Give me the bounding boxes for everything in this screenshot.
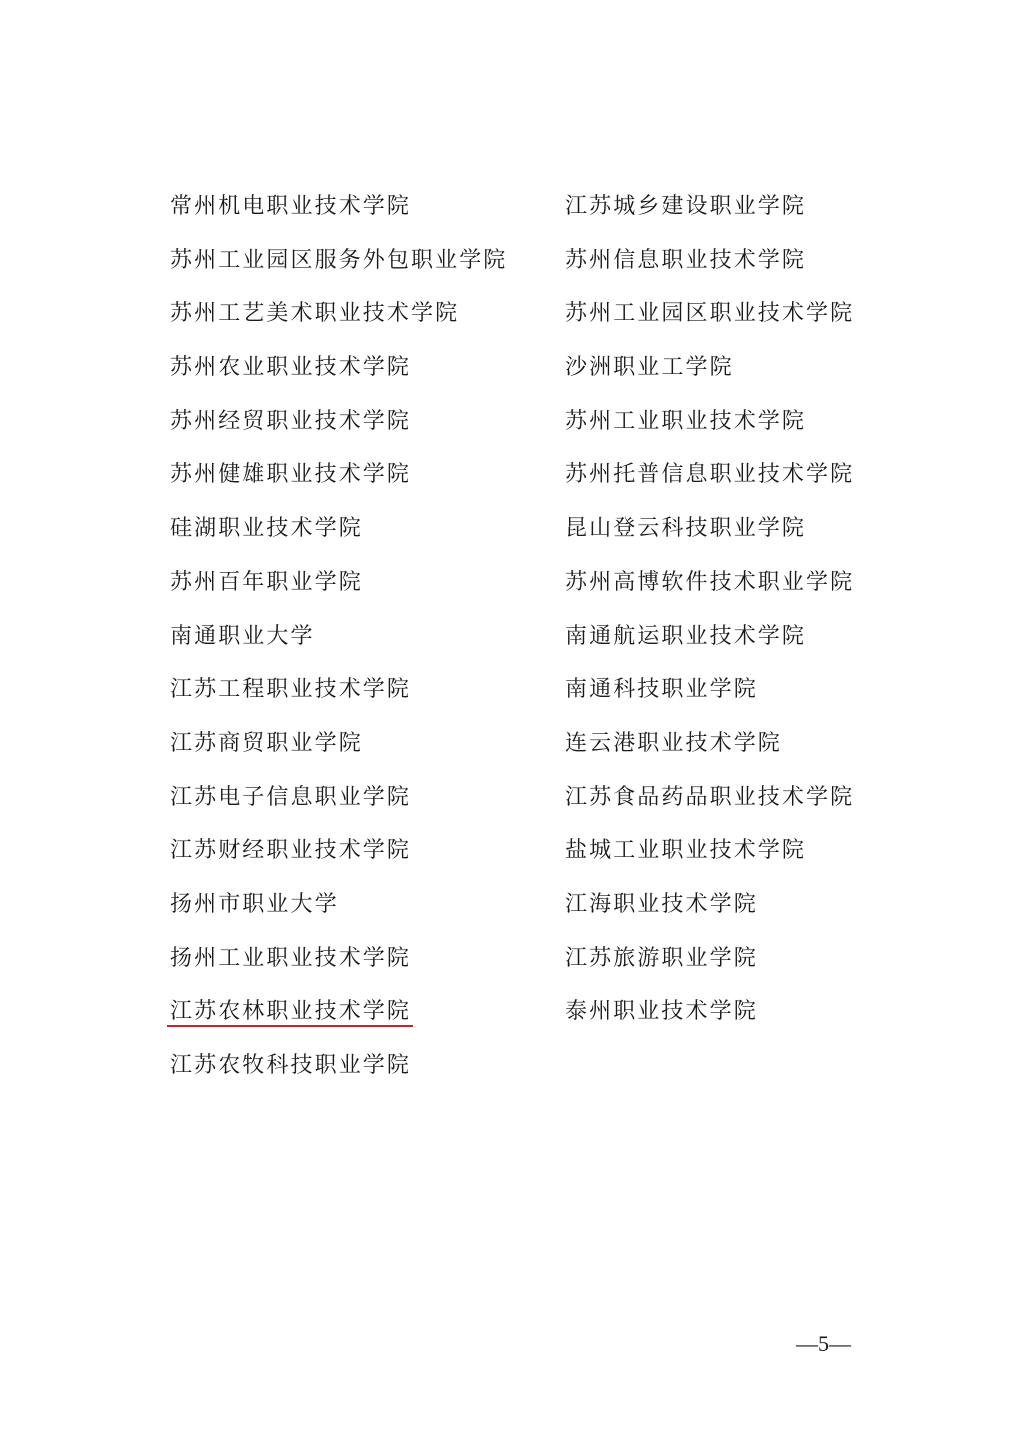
- list-item: 苏州托普信息职业技术学院: [565, 460, 854, 514]
- college-name: 沙洲职业工学院: [565, 353, 734, 383]
- college-name: 江海职业技术学院: [565, 890, 758, 920]
- college-name: 苏州百年职业学院: [170, 568, 363, 598]
- list-item: 南通职业大学: [170, 622, 507, 676]
- college-name: 盐城工业职业技术学院: [565, 836, 806, 866]
- list-item: 南通航运职业技术学院: [565, 622, 854, 676]
- college-name: 苏州工业园区服务外包职业学院: [170, 246, 507, 276]
- college-name: 苏州工业园区职业技术学院: [565, 299, 854, 329]
- list-item: 江苏财经职业技术学院: [170, 836, 507, 890]
- list-item: 苏州高博软件技术职业学院: [565, 568, 854, 622]
- list-item: 江苏工程职业技术学院: [170, 675, 507, 729]
- list-item: 扬州市职业大学: [170, 890, 507, 944]
- college-name: 江苏城乡建设职业学院: [565, 192, 806, 222]
- right-column-list: 江苏城乡建设职业学院 苏州信息职业技术学院 苏州工业园区职业技术学院 沙洲职业工…: [565, 192, 854, 1051]
- college-name: 扬州市职业大学: [170, 890, 339, 920]
- college-name: 常州机电职业技术学院: [170, 192, 411, 222]
- list-item: 硅湖职业技术学院: [170, 514, 507, 568]
- list-item: 苏州经贸职业技术学院: [170, 407, 507, 461]
- college-name: 泰州职业技术学院: [565, 997, 758, 1027]
- list-item: 苏州农业职业技术学院: [170, 353, 507, 407]
- college-name: 南通科技职业学院: [565, 675, 758, 705]
- list-item: 常州机电职业技术学院: [170, 192, 507, 246]
- list-item: 江苏食品药品职业技术学院: [565, 783, 854, 837]
- college-name: 苏州农业职业技术学院: [170, 353, 411, 383]
- list-item: 江海职业技术学院: [565, 890, 854, 944]
- college-name: 扬州工业职业技术学院: [170, 944, 411, 974]
- list-item: 苏州工艺美术职业技术学院: [170, 299, 507, 353]
- list-item: 苏州信息职业技术学院: [565, 246, 854, 300]
- list-item: 苏州健雄职业技术学院: [170, 460, 507, 514]
- college-name: 江苏工程职业技术学院: [170, 675, 411, 705]
- list-item: 昆山登云科技职业学院: [565, 514, 854, 568]
- college-name: 昆山登云科技职业学院: [565, 514, 806, 544]
- left-column-list: 常州机电职业技术学院 苏州工业园区服务外包职业学院 苏州工艺美术职业技术学院 苏…: [170, 192, 507, 1105]
- list-item-underlined: 江苏农林职业技术学院: [170, 997, 507, 1051]
- college-name: 江苏食品药品职业技术学院: [565, 783, 854, 813]
- list-item: 江苏城乡建设职业学院: [565, 192, 854, 246]
- college-name: 江苏旅游职业学院: [565, 944, 758, 974]
- list-item: 江苏农牧科技职业学院: [170, 1051, 507, 1105]
- list-item: 苏州百年职业学院: [170, 568, 507, 622]
- list-item: 江苏商贸职业学院: [170, 729, 507, 783]
- list-item: 泰州职业技术学院: [565, 997, 854, 1051]
- college-name: 南通职业大学: [170, 622, 315, 652]
- list-item: 苏州工业园区服务外包职业学院: [170, 246, 507, 300]
- college-name: 苏州经贸职业技术学院: [170, 407, 411, 437]
- list-item: 苏州工业职业技术学院: [565, 407, 854, 461]
- college-name: 江苏商贸职业学院: [170, 729, 363, 759]
- college-name: 苏州托普信息职业技术学院: [565, 460, 854, 490]
- list-item: 扬州工业职业技术学院: [170, 944, 507, 998]
- list-item: 南通科技职业学院: [565, 675, 854, 729]
- college-name: 苏州工业职业技术学院: [565, 407, 806, 437]
- list-item: 连云港职业技术学院: [565, 729, 854, 783]
- list-item: 苏州工业园区职业技术学院: [565, 299, 854, 353]
- list-item: 盐城工业职业技术学院: [565, 836, 854, 890]
- college-name: 苏州健雄职业技术学院: [170, 460, 411, 490]
- college-name: 江苏农牧科技职业学院: [170, 1051, 411, 1081]
- page-number: —5—: [796, 1332, 851, 1356]
- college-name-underlined: 江苏农林职业技术学院: [170, 997, 411, 1027]
- document-page: 常州机电职业技术学院 苏州工业园区服务外包职业学院 苏州工艺美术职业技术学院 苏…: [0, 0, 1024, 1448]
- college-name: 苏州工艺美术职业技术学院: [170, 299, 459, 329]
- college-name: 南通航运职业技术学院: [565, 622, 806, 652]
- college-name: 江苏财经职业技术学院: [170, 836, 411, 866]
- college-name: 江苏电子信息职业学院: [170, 783, 411, 813]
- college-name: 苏州高博软件技术职业学院: [565, 568, 854, 598]
- list-item: 江苏电子信息职业学院: [170, 783, 507, 837]
- list-item: 江苏旅游职业学院: [565, 944, 854, 998]
- list-item: 沙洲职业工学院: [565, 353, 854, 407]
- college-name: 苏州信息职业技术学院: [565, 246, 806, 276]
- college-name: 连云港职业技术学院: [565, 729, 782, 759]
- college-name: 硅湖职业技术学院: [170, 514, 363, 544]
